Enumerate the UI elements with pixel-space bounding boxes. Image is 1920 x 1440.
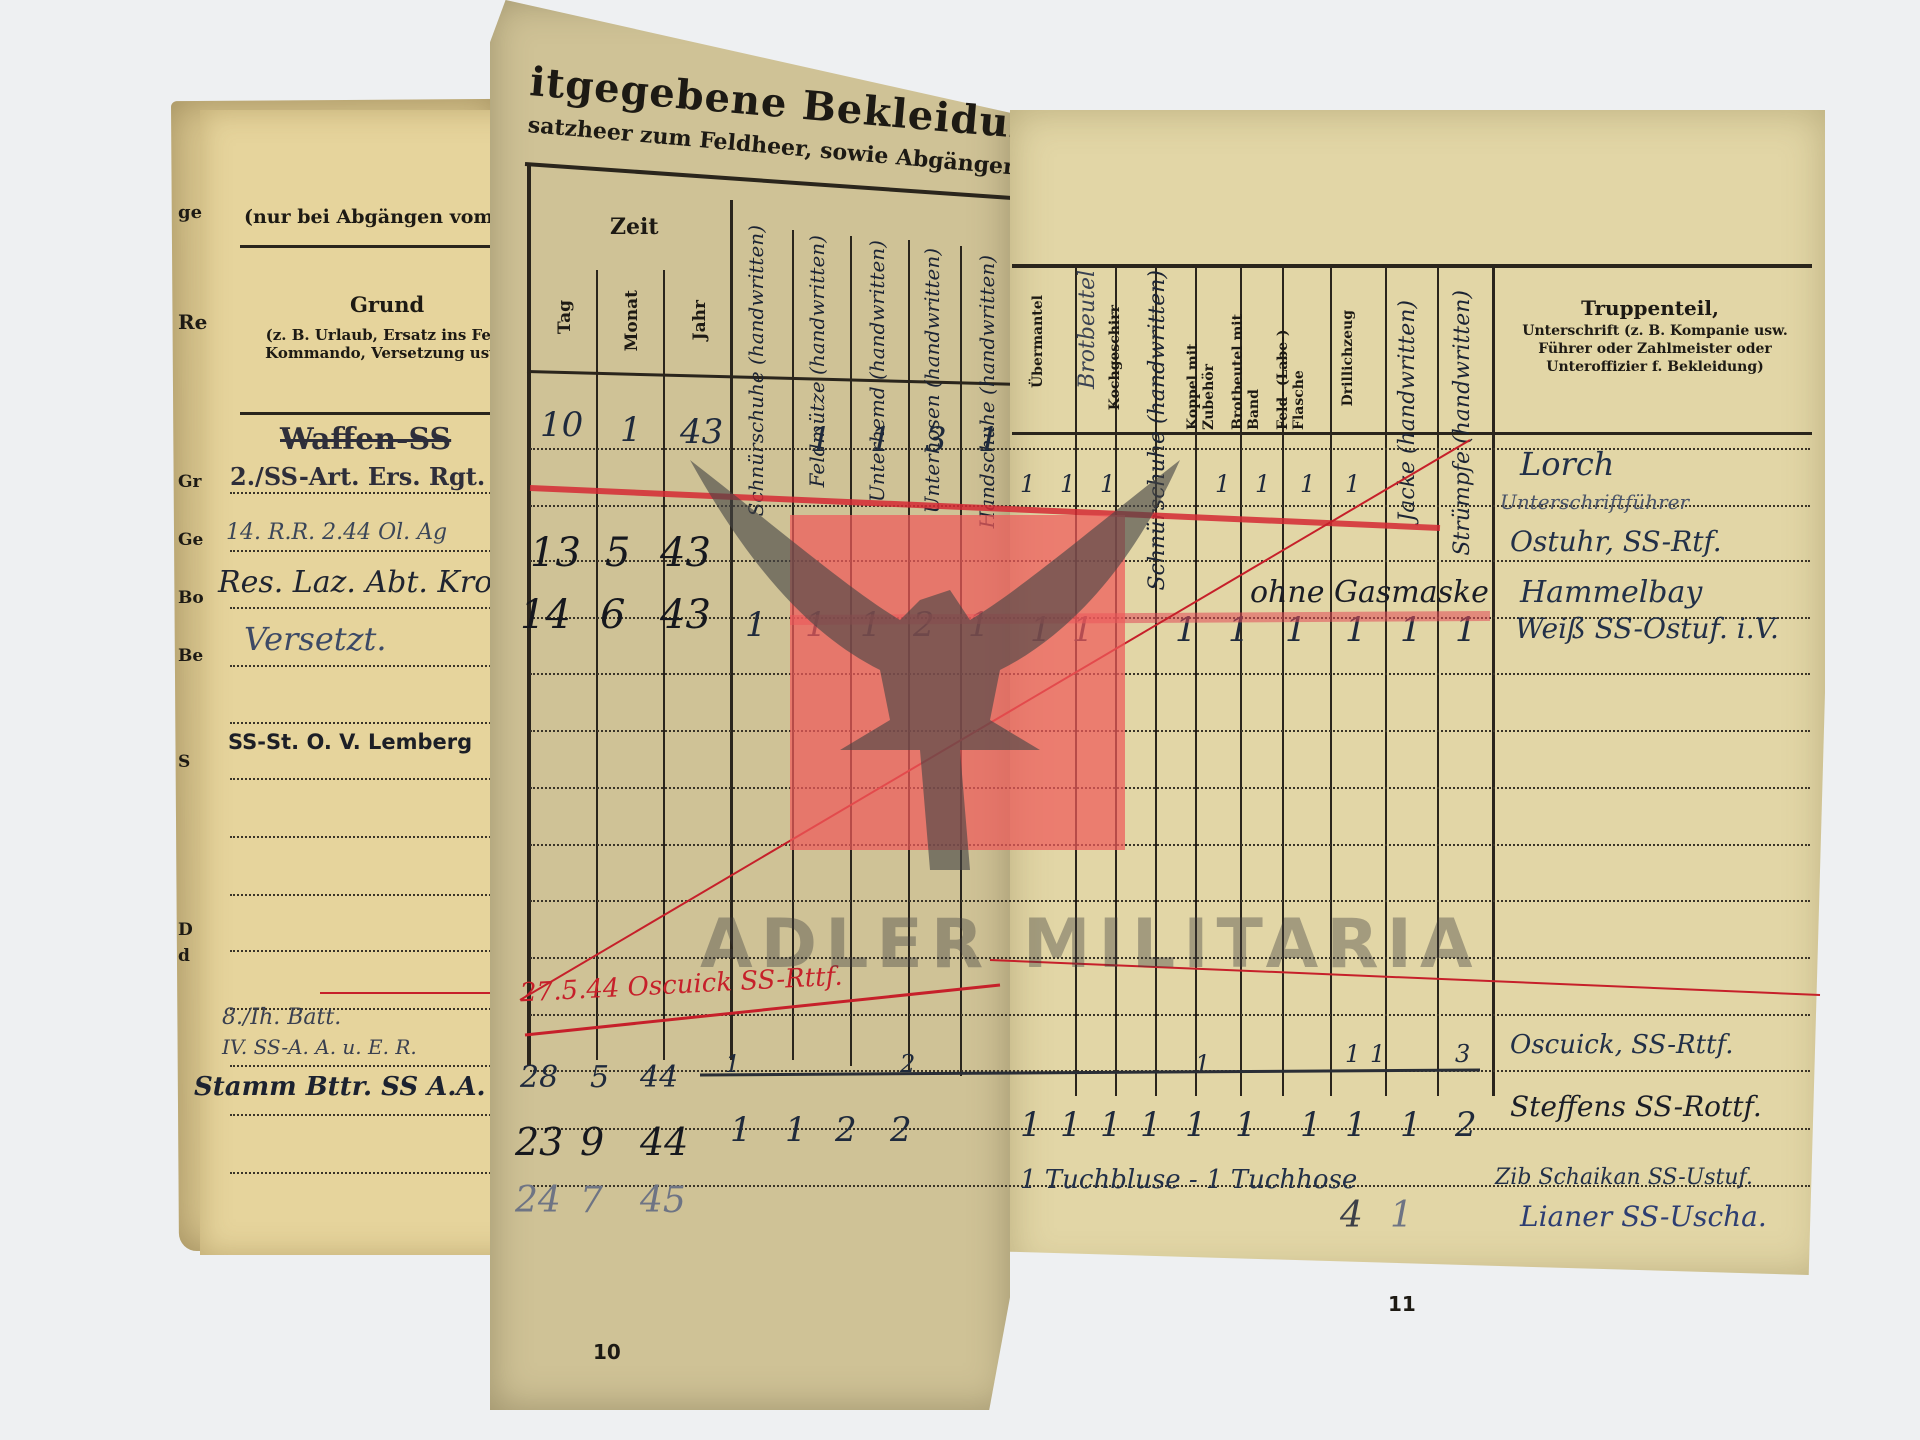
eagle-watermark-icon — [660, 420, 1220, 870]
page-number-left: 10 — [593, 1340, 621, 1364]
page-number-right: 11 — [1388, 1292, 1416, 1316]
watermark-text: ADLER MILITARIA — [700, 905, 1481, 984]
